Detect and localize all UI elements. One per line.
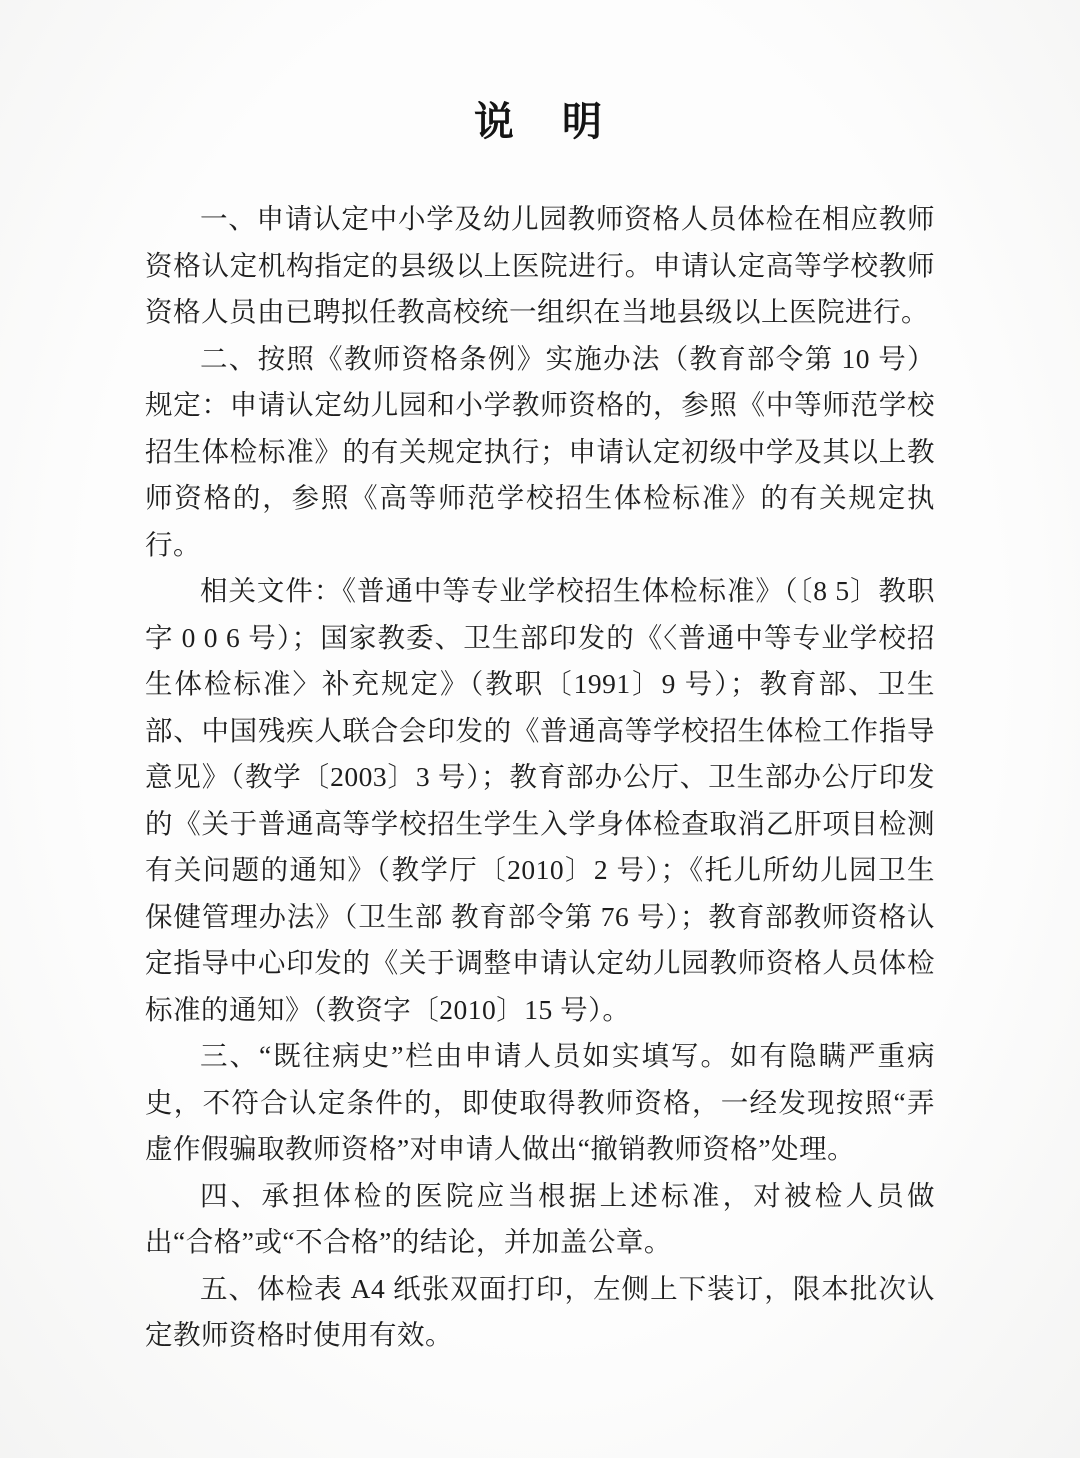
notes-paragraph-3: 三、“既往病史”栏由申请人员如实填写。如有隐瞒严重病史，不符合认定条件的，即使取… — [145, 1033, 935, 1173]
document-title: 说 明 — [145, 100, 935, 144]
document-body: 一、申请认定中小学及幼儿园教师资格人员体检在相应教师资格认定机构指定的县级以上医… — [145, 196, 935, 1359]
document-page: 说 明 一、申请认定中小学及幼儿园教师资格人员体检在相应教师资格认定机构指定的县… — [0, 0, 1080, 1458]
notes-paragraph-1: 一、申请认定中小学及幼儿园教师资格人员体检在相应教师资格认定机构指定的县级以上医… — [145, 196, 935, 336]
notes-paragraph-related-documents: 相关文件：《普通中等专业学校招生体检标准》（〔8 5〕教职字 0 0 6 号）；… — [145, 568, 935, 1033]
notes-paragraph-2: 二、按照《教师资格条例》实施办法（教育部令第 10 号）规定：申请认定幼儿园和小… — [145, 336, 935, 569]
notes-paragraph-4: 四、承担体检的医院应当根据上述标准，对被检人员做出“合格”或“不合格”的结论，并… — [145, 1173, 935, 1266]
notes-paragraph-5: 五、体检表 A4 纸张双面打印，左侧上下装订，限本批次认定教师资格时使用有效。 — [145, 1266, 935, 1359]
